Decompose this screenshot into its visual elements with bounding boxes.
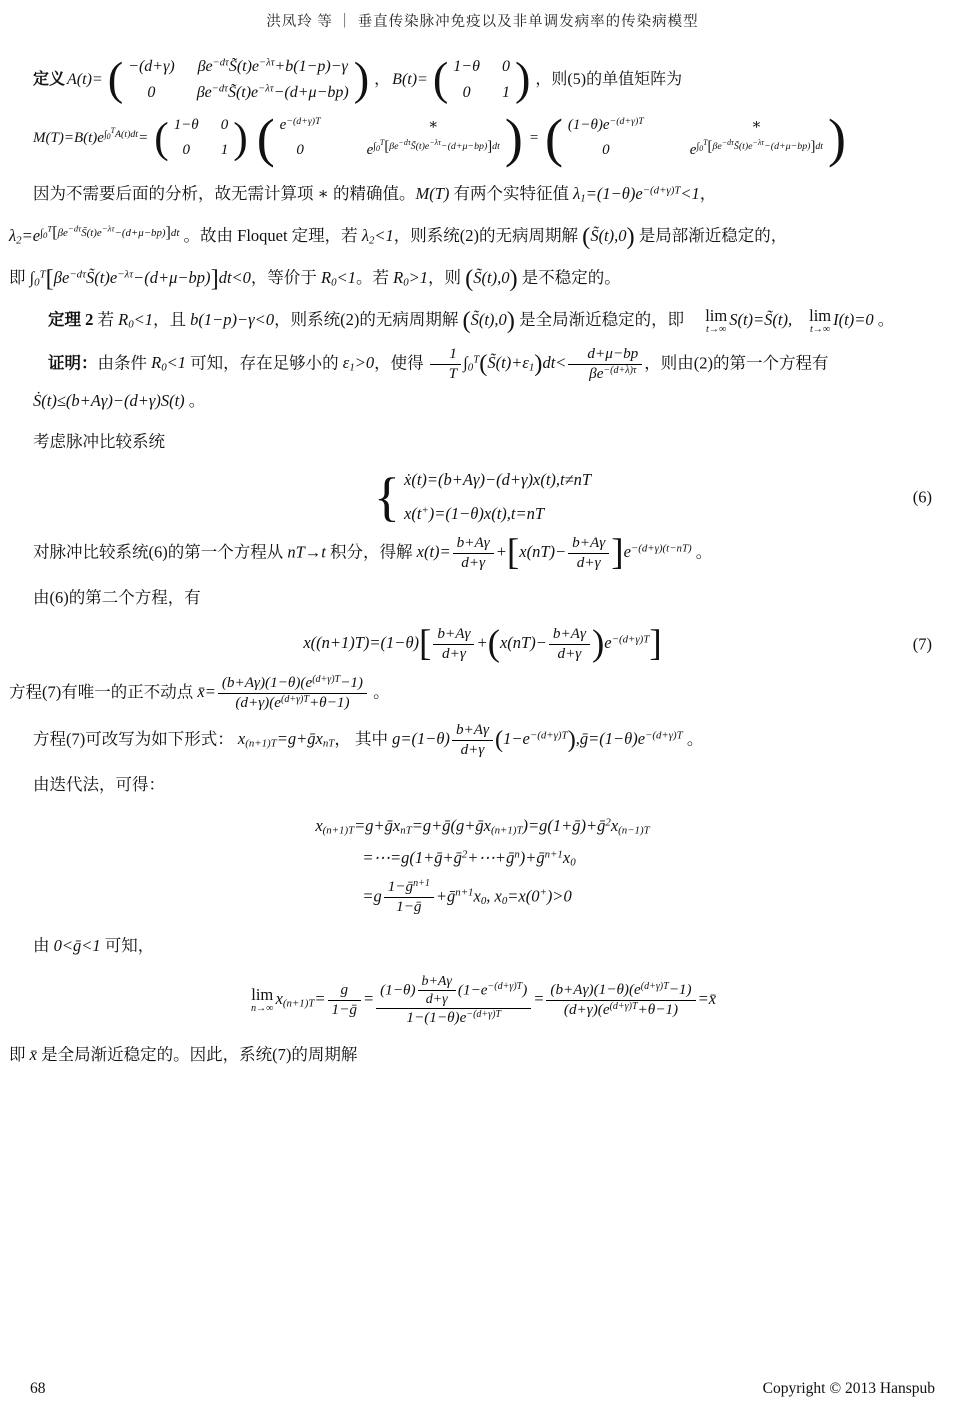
asterisk-entry: ∗ xyxy=(428,116,438,134)
matrix-cell: 1−θ xyxy=(174,116,199,134)
paragraph-integrate: 对脉冲比较系统(6)的第一个方程从 nT→t 积分，得解 x(t)=b+Aγd+… xyxy=(33,534,932,573)
matrix-b: ( 1−θ 0 0 1 ) xyxy=(433,57,531,102)
equation-6-number: (6) xyxy=(913,486,932,507)
matrix-a-lhs: A(t)= xyxy=(67,70,103,89)
paragraph-integral-condition: 即 ∫0T[βe−dτS̃(t)e−λτ−(d+μ−bp)]dt<0，等价于 R… xyxy=(9,261,932,295)
asterisk-entry: ∗ xyxy=(751,116,761,134)
iteration-line-1: x(n+1)T=g+ḡxnT=g+ḡ(g+ḡx(n+1)T)=g(1+ḡ)+ḡ2… xyxy=(315,814,649,837)
matrix-cell: −(d+γ) xyxy=(128,57,175,76)
paragraph-rewrite: 方程(7)可改写为如下形式： x(n+1)T=g+ḡxnT， 其中 g=(1−θ… xyxy=(33,721,932,760)
running-title: 洪凤玲 等 ｜ 垂直传染脉冲免疫以及非单调发病率的传染病模型 xyxy=(266,14,698,30)
paper-body: 定义 A(t)= ( −(d+γ) βe−dτS̃(t)e−λτ+b(1−p)−… xyxy=(0,31,965,1380)
separator: ， xyxy=(374,70,390,89)
matrix-m2: ( e−(d+γ)T ∗ 0 e∫0T[βe−dτS̃(t)e−λτ−(d+μ−… xyxy=(257,116,523,159)
paragraph-second-equation: 由(6)的第二个方程，有 xyxy=(33,581,932,615)
matrix-m1: ( 1−θ 0 0 1 ) xyxy=(154,116,248,159)
matrix-cell: 0 xyxy=(502,57,510,76)
matrix-cell: βe−dτS̃(t)e−λτ−(d+μ−bp) xyxy=(197,83,349,102)
matrix-b-lhs: B(t)= xyxy=(392,70,428,89)
matrix-m1-cells: 1−θ 0 0 1 xyxy=(169,116,234,159)
matrix-b-cells: 1−θ 0 0 1 xyxy=(448,57,515,102)
paragraph-gbar: 由 0<ḡ<1 可知， xyxy=(33,929,932,963)
matrix-m3: ( (1−θ)e−(d+γ)T ∗ 0 e∫0T[βe−dτS̃(t)e−λτ−… xyxy=(545,116,846,159)
equation-7-number: (7) xyxy=(913,634,932,655)
paper-page: 洪凤玲 等 ｜ 垂直传染脉冲免疫以及非单调发病率的传染病模型 定义 A(t)= … xyxy=(0,0,965,1414)
paragraph-fixed-point: 方程(7)有唯一的正不动点 x̄=(b+Aγ)(1−θ)(e(d+γ)T−1)(… xyxy=(9,674,932,713)
matrix-m2-cells: e−(d+γ)T ∗ 0 e∫0T[βe−dτS̃(t)e−λτ−(d+μ−bp… xyxy=(275,116,505,159)
equals-sign: = xyxy=(529,129,539,147)
matrix-cell: 1−θ xyxy=(453,57,480,76)
matrix-cell: 0 xyxy=(182,141,190,159)
paragraph-lambda2: λ2=e∫0T[βe−dτS̃(t)e−λτ−(d+μ−bp)]dt 。故由 F… xyxy=(9,219,932,253)
definition-tail: ，则(5)的单值矩阵为 xyxy=(535,70,682,89)
equation-7-math: x((n+1)T)=(1−θ)[b+Aγd+γ+(x(nT)−b+Aγd+γ)e… xyxy=(303,633,661,652)
limit-equation: limn→∞x(n+1)T=g1−ḡ=(1−θ)b+Aγd+γ(1−e−(d+γ… xyxy=(33,973,932,1029)
definition-equation: 定义 A(t)= ( −(d+γ) βe−dτS̃(t)e−λτ+b(1−p)−… xyxy=(33,57,932,102)
copyright: Copyright © 2013 Hanspub xyxy=(763,1380,935,1398)
equation-7: x((n+1)T)=(1−θ)[b+Aγd+γ+(x(nT)−b+Aγd+γ)e… xyxy=(33,625,932,664)
equation-6-rows: ẋ(t)=(b+Aγ)−(d+γ)x(t),t≠nT x(t+)=(1−θ)x(… xyxy=(404,469,591,524)
matrix-cell: 1 xyxy=(221,141,229,159)
paragraph-consider-system: 考虑脉冲比较系统 xyxy=(33,425,932,459)
equation-6-row1: ẋ(t)=(b+Aγ)−(d+γ)x(t),t≠nT xyxy=(404,469,591,490)
matrix-a: ( −(d+γ) βe−dτS̃(t)e−λτ+b(1−p)−γ 0 βe−dτ… xyxy=(108,57,369,102)
matrix-cell: e−(d+γ)T xyxy=(280,116,321,134)
matrix-cell: (1−θ)e−(d+γ)T xyxy=(568,116,644,134)
paragraph-analysis: 因为不需要后面的分析，故无需计算项 ∗ 的精确值。M(T) 有两个实特征值 λ1… xyxy=(33,177,932,211)
iteration-line-2: =⋯=g(1+ḡ+ḡ2+⋯+ḡn)+ḡn+1x0 xyxy=(362,846,649,869)
matrix-cell: e∫0T[βe−dτS̃(t)e−λτ−(d+μ−bp)]dt xyxy=(690,141,823,159)
monodromy-lhs: M(T)=B(t)e∫0TA(t)dt= xyxy=(33,129,148,147)
matrix-cell: 0 xyxy=(602,141,610,159)
paragraph-theorem-2: 定理 2 若 R0<1，且 b(1−p)−γ<0，则系统(2)的无病周期解 (S… xyxy=(33,303,932,337)
matrix-cell: 0 xyxy=(147,83,155,102)
matrix-m3-cells: (1−θ)e−(d+γ)T ∗ 0 e∫0T[βe−dτS̃(t)e−λτ−(d… xyxy=(563,116,828,159)
page-header: 洪凤玲 等 ｜ 垂直传染脉冲免疫以及非单调发病率的传染病模型 xyxy=(0,0,965,31)
matrix-cell: βe−dτS̃(t)e−λτ+b(1−p)−γ xyxy=(198,57,348,76)
equation-6-row2: x(t+)=(1−θ)x(t),t=nT xyxy=(404,503,544,524)
matrix-a-cells: −(d+γ) βe−dτS̃(t)e−λτ+b(1−p)−γ 0 βe−dτS̃… xyxy=(123,57,354,102)
matrix-cell: 0 xyxy=(221,116,229,134)
iteration-derivation: x(n+1)T=g+ḡxnT=g+ḡ(g+ḡx(n+1)T)=g(1+ḡ)+ḡ2… xyxy=(315,814,649,917)
equation-6-system: { ẋ(t)=(b+Aγ)−(d+γ)x(t),t≠nT x(t+)=(1−θ)… xyxy=(374,469,591,524)
iteration-line-3: =g1−ḡn+11−ḡ+ḡn+1x0, x0=x(0+)>0 xyxy=(362,878,649,917)
matrix-cell: 1 xyxy=(502,83,510,102)
paragraph-final: 即 x̄ 是全局渐近稳定的。因此，系统(7)的周期解 xyxy=(9,1038,932,1072)
matrix-cell: 0 xyxy=(296,141,304,159)
page-number: 68 xyxy=(30,1380,46,1398)
page-footer: 68 Copyright © 2013 Hanspub xyxy=(0,1380,965,1414)
paragraph-iteration-label: 由迭代法，可得： xyxy=(33,768,932,802)
paragraph-proof: 证明：由条件 R0<1 可知，存在足够小的 ε1>0，使得 1T∫0T(S̃(t… xyxy=(33,345,932,418)
matrix-cell: 0 xyxy=(463,83,471,102)
equation-6: { ẋ(t)=(b+Aγ)−(d+γ)x(t),t≠nT x(t+)=(1−θ)… xyxy=(33,469,932,524)
definition-label: 定义 xyxy=(33,70,65,89)
matrix-cell: e∫0T[βe−dτS̃(t)e−λτ−(d+μ−bp)]dt xyxy=(367,141,500,159)
limit-equation-math: limn→∞x(n+1)T=g1−ḡ=(1−θ)b+Aγd+γ(1−e−(d+γ… xyxy=(249,989,716,1008)
monodromy-equation: M(T)=B(t)e∫0TA(t)dt= ( 1−θ 0 0 1 ) ( e−(… xyxy=(33,116,932,159)
